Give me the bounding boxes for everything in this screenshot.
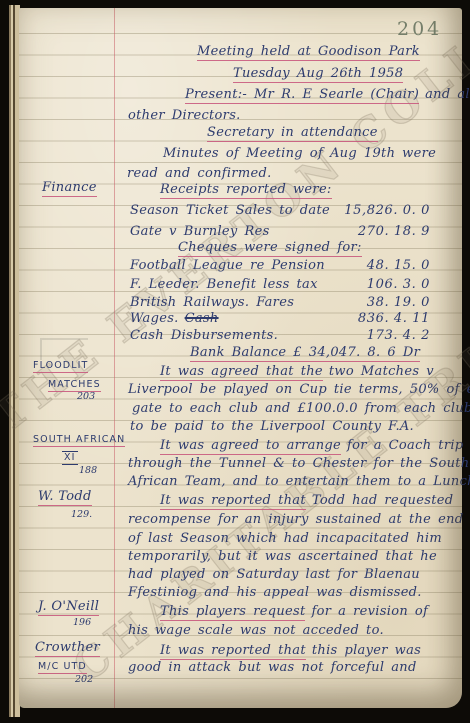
cheque-row-amount: 48. 15. 0 [314, 258, 430, 273]
south-african-line-3: African Team, and to entertain them to a… [128, 474, 470, 489]
present-line: Present:- Mr R. E Searle (Chair)and all [185, 87, 470, 102]
floodlit-line-3: gate to each club and £100.0.0 from each… [132, 401, 470, 416]
meeting-title-line: Meeting held at Goodison Park [197, 44, 420, 59]
secretary-text: Secretary in attendance [207, 125, 378, 142]
present-underlined: Present:- Mr R. E Searle (Chair) [185, 87, 419, 104]
minutes-line-1: Minutes of Meeting of Aug 19th were [163, 146, 436, 161]
cheque-row-label: Cash Disbursements. [130, 328, 278, 343]
oneill-lead: This players request [160, 604, 305, 621]
south-african-label: SOUTH AFRICAN [33, 434, 125, 447]
margin-note-mc-utd: M/C UTD [38, 661, 87, 672]
todd-lead: It was reported that [160, 493, 306, 510]
oneill-ref-number: 196 [73, 617, 91, 628]
todd-line-3: of last Season which had incapacitated h… [128, 531, 442, 546]
minutes-line-2: read and confirmed. [127, 166, 272, 181]
receipt-row-label: Season Ticket Sales to date [130, 203, 330, 218]
margin-note-oneill: J. O'Neill [38, 599, 99, 614]
floodlit-lead: It was agreed that the [160, 364, 323, 381]
present-continued: other Directors. [128, 108, 241, 123]
bank-balance-text: Bank Balance £ 34,047. 8. 6 Dr [190, 345, 420, 362]
floodlit-ref-number: 203 [77, 391, 95, 402]
todd-line-1-rest: Todd had requested [312, 493, 453, 508]
crowther-line-1: It was reported thatthis player was [160, 643, 421, 658]
wages-label: Wages. [130, 311, 179, 326]
pencil-smudge [40, 338, 88, 360]
margin-note-south-african: SOUTH AFRICAN [33, 434, 125, 445]
margin-note-matches: MATCHES [48, 379, 101, 390]
todd-line-4: temporarily, but it was ascertained that… [128, 549, 437, 564]
cheques-heading: Cheques were signed for: [178, 240, 362, 255]
crowther-line-1-rest: this player was [312, 643, 421, 658]
receipts-heading-text: Receipts reported were: [160, 182, 332, 199]
south-african-line-1-rest: for a Coach trip [347, 438, 463, 453]
floodlit-line-2: Liverpool be played on Cup tie terms, 50… [128, 382, 470, 397]
receipts-heading: Receipts reported were: [160, 182, 332, 197]
margin-note-crowther: Crowther [35, 640, 100, 655]
todd-ref-number: 129. [71, 509, 92, 520]
floodlit-line-1: It was agreed that thetwo Matches v [160, 364, 434, 379]
cheques-heading-text: Cheques were signed for: [178, 240, 362, 257]
struck-word: Cash [185, 311, 219, 326]
mc-utd-label: M/C UTD [38, 661, 87, 674]
receipt-row-amount: 270. 18. 9 [314, 224, 430, 239]
margin-note-floodlit: FLOODLIT [33, 360, 88, 371]
meeting-title-text: Meeting held at Goodison Park [197, 44, 420, 61]
crowther-ref-number: 202 [75, 674, 93, 685]
cheque-row-label: Football League re Pension [130, 258, 325, 273]
scanned-minute-book: THE EVERTON COLLECTION CHARITABLE TRUST … [0, 0, 470, 723]
meeting-date-text: Tuesday Aug 26th 1958 [233, 66, 403, 83]
cheque-row-amount: 38. 19. 0 [314, 295, 430, 310]
cheque-row-amount: 173. 4. 2 [314, 328, 430, 343]
red-margin-line [114, 8, 115, 708]
minute-book-page: THE EVERTON COLLECTION CHARITABLE TRUST … [19, 8, 462, 708]
present-rest: and all [425, 87, 470, 102]
cheque-row-label: British Railways. Fares [130, 295, 294, 310]
crowther-lead: It was reported that [160, 643, 306, 660]
margin-note-todd: W. Todd [38, 489, 92, 504]
floodlit-label-1: FLOODLIT [33, 360, 88, 373]
cheque-row-label: F. Leeder. Benefit less tax [130, 277, 318, 292]
south-african-lead: It was agreed to arrange [160, 438, 341, 455]
receipt-row-label: Gate v Burnley Res [130, 224, 270, 239]
margin-note-xi: XI [62, 452, 78, 463]
page-number: 204 [397, 18, 442, 40]
meeting-date-line: Tuesday Aug 26th 1958 [233, 66, 403, 81]
cheque-row-amount: 836. 4. 11 [314, 311, 430, 326]
xi-label: XI [62, 451, 78, 465]
secretary-line: Secretary in attendance [207, 125, 378, 140]
cheque-row-amount: 106. 3. 0 [314, 277, 430, 292]
bank-balance-line: Bank Balance £ 34,047. 8. 6 Dr [190, 345, 420, 360]
todd-line-6: Ffestiniog and his appeal was dismissed. [128, 585, 422, 600]
oneill-line-2: his wage scale was not acceded to. [128, 623, 384, 638]
oneill-line-1: This players requestfor a revision of [160, 604, 428, 619]
crowther-label: Crowther [35, 640, 100, 657]
floodlit-line-4: to be paid to the Liverpool County F.A. [130, 419, 414, 434]
margin-note-finance: Finance [42, 180, 97, 195]
cheque-row-wages: Wages.Cash [130, 311, 219, 326]
todd-line-1: It was reported thatTodd had requested [160, 493, 453, 508]
south-african-ref-number: 188 [79, 465, 97, 476]
oneill-label: J. O'Neill [38, 599, 99, 616]
todd-line-5: had played on Saturday last for Blaenau [128, 567, 420, 582]
receipt-row-amount: 15,826. 0. 0 [314, 203, 430, 218]
floodlit-line-1-rest: two Matches v [329, 364, 434, 379]
crowther-line-2: good in attack but was not forceful and [128, 660, 417, 675]
oneill-line-1-rest: for a revision of [311, 604, 428, 619]
south-african-line-1: It was agreed to arrangefor a Coach trip [160, 438, 463, 453]
todd-label: W. Todd [38, 489, 92, 506]
todd-line-2: recompense for an injury sustained at th… [128, 512, 463, 527]
south-african-line-2: through the Tunnel & to Chester for the … [128, 456, 469, 471]
finance-label: Finance [42, 180, 97, 197]
